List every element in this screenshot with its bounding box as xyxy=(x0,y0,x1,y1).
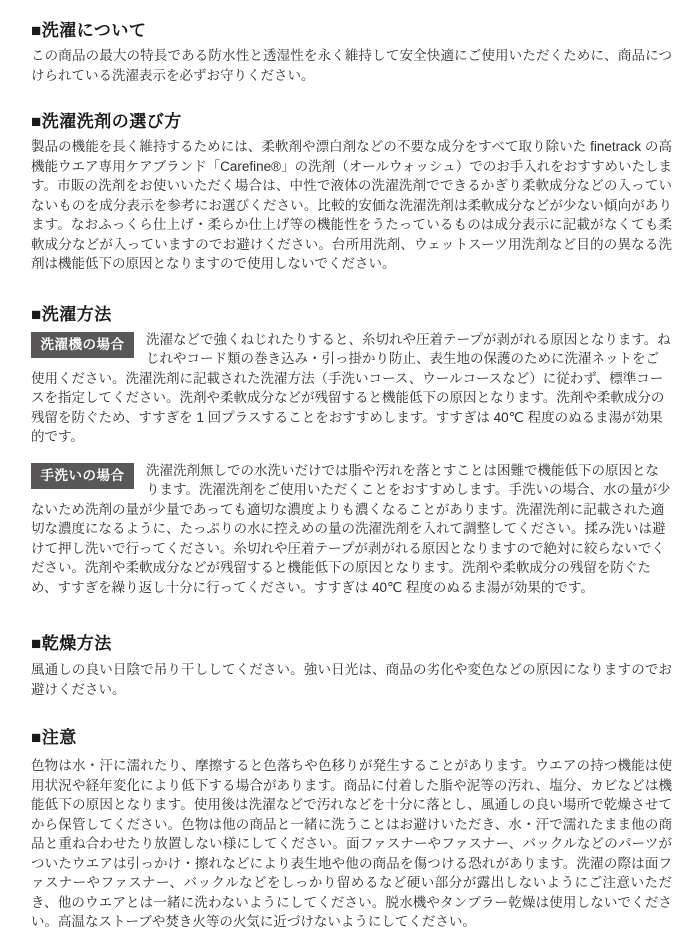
section-washing-method: ■洗濯方法 洗濯機の場合洗濯などで強くねじれたりすると、糸切れや圧着テープが剥が… xyxy=(31,304,672,598)
detergent-choice-heading: ■洗濯洗剤の選び方 xyxy=(31,111,672,132)
detergent-choice-body: 製品の機能を長く維持するためには、柔軟剤や漂白剤などの不要な成分をすべて取り除い… xyxy=(31,137,672,274)
drying-method-heading: ■乾燥方法 xyxy=(31,633,672,654)
caution-heading: ■注意 xyxy=(31,727,672,748)
care-instructions-document: ■洗濯について この商品の最大の特長である防水性と透湿性を永く維持して安全快適に… xyxy=(0,0,700,942)
machine-wash-case-label: 洗濯機の場合 xyxy=(31,332,134,359)
hand-wash-block: 手洗いの場合洗濯洗剤無しでの水洗いだけでは脂や汚れを落とすことは困難で機能低下の… xyxy=(31,461,672,598)
section-about-washing: ■洗濯について この商品の最大の特長である防水性と透湿性を永く維持して安全快適に… xyxy=(31,20,672,85)
about-washing-heading: ■洗濯について xyxy=(31,20,672,41)
section-drying-method: ■乾燥方法 風通しの良い日陰で吊り干ししてください。強い日光は、商品の劣化や変色… xyxy=(31,633,672,699)
about-washing-body: この商品の最大の特長である防水性と透湿性を永く維持して安全快適にご使用いただくた… xyxy=(31,46,672,85)
machine-wash-block: 洗濯機の場合洗濯などで強くねじれたりすると、糸切れや圧着テープが剥がれる原因とな… xyxy=(31,330,672,447)
section-detergent-choice: ■洗濯洗剤の選び方 製品の機能を長く維持するためには、柔軟剤や漂白剤などの不要な… xyxy=(31,111,672,274)
hand-wash-case-label: 手洗いの場合 xyxy=(31,463,134,490)
section-caution: ■注意 色物は水・汗に濡れたり、摩擦すると色落ちや色移りが発生することがあります… xyxy=(31,727,672,932)
caution-body: 色物は水・汗に濡れたり、摩擦すると色落ちや色移りが発生することがあります。ウエア… xyxy=(31,756,672,932)
washing-method-heading: ■洗濯方法 xyxy=(31,304,672,325)
drying-method-body: 風通しの良い日陰で吊り干ししてください。強い日光は、商品の劣化や変色などの原因に… xyxy=(31,660,672,699)
